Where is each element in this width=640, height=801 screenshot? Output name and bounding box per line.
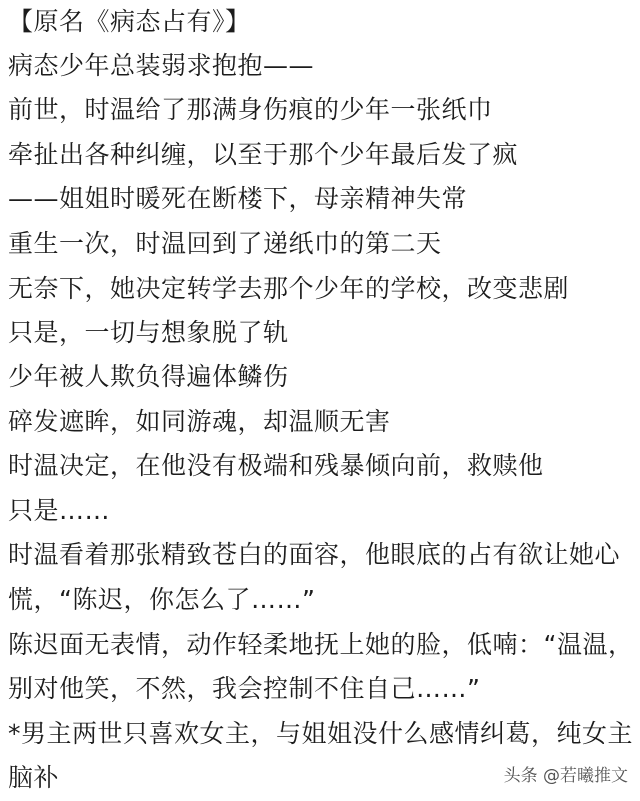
text-line: 碎发遮眸，如同游魂，却温顺无害: [8, 400, 391, 444]
text-line: 只是……: [8, 489, 110, 533]
text-line: 前世，时温给了那满身伤痕的少年一张纸巾: [8, 88, 493, 132]
text-line: 陈迟面无表情，动作轻柔地抚上她的脸，低喃：“温温，: [8, 623, 633, 667]
book-title-line: 【原名《病态占有》】: [8, 0, 251, 44]
text-line: 无奈下，她决定转学去那个少年的学校，改变悲剧: [8, 267, 569, 311]
text-line: 时温决定，在他没有极端和残暴倾向前，救赎他: [8, 444, 544, 488]
text-line: *男主两世只喜欢女主，与姐姐没什么感情纠葛，纯女主: [8, 712, 633, 756]
text-line: 重生一次，时温回到了递纸巾的第二天: [8, 222, 442, 266]
text-line: 只是，一切与想象脱了轨: [8, 311, 289, 355]
source-watermark: 头条 @若曦推文: [504, 764, 628, 788]
text-line: 牵扯出各种纠缠，以至于那个少年最后发了疯: [8, 133, 518, 177]
text-line: 别对他笑，不然，我会控制不住自己……”: [8, 667, 480, 711]
text-line: 脑补: [8, 756, 59, 800]
text-line: 慌，“陈迟，你怎么了……”: [8, 578, 315, 622]
text-line: 少年被人欺负得遍体鳞伤: [8, 355, 289, 399]
text-line: 病态少年总装弱求抱抱——: [8, 44, 314, 88]
text-line: ——姐姐时暖死在断楼下，母亲精神失常: [8, 177, 467, 221]
text-line: 时温看着那张精致苍白的面容，他眼底的占有欲让她心: [8, 533, 620, 577]
